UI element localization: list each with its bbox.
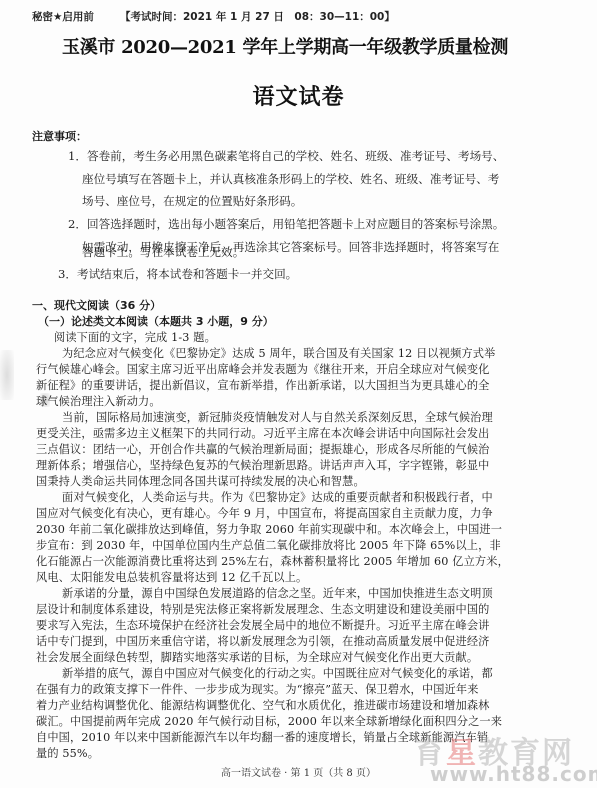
watermark-url: www.ht88.com <box>430 762 597 786</box>
passage-line: 新征程》的重要讲话，提出新倡议，宣布新举措，作出新承诺，以大国担当为更具雄心的全 <box>36 377 490 393</box>
notice-line: 场号、座位号，在规定的位置贴好条形码。 <box>82 193 302 209</box>
passage-line: 在强有力的政策支撑下一件件、一步步成为现实。为“擦亮”蓝天、保卫碧水，中国近年来 <box>36 681 479 697</box>
notice-line: 座位号填写在答题卡上，并认真核准条形码上的学校、姓名、班级、准考证号、考 <box>82 171 499 187</box>
exam-title: 玉溪市 2020—2021 学年上学期高一年级教学质量检测 <box>62 33 508 59</box>
secret-mark: 秘密★启用前 <box>32 9 94 24</box>
instruction: 阅读下面的文字，完成 1-3 题。 <box>54 329 216 345</box>
notice-line: 1．答卷前，考生务必用黑色碳素笔将自己的学校、姓名、班级、准考证号、考场号、 <box>68 148 504 164</box>
notice-line: 答题卡上。写在本试卷上无效。 <box>82 244 244 260</box>
exam-time: 【考试时间：2021 年 1 月 27 日 08：30—11：00】 <box>120 9 395 24</box>
passage-line: 行气候雄心峰会。国家主席习近平出席峰会并发表题为《继往开来，开启全球应对气候变化 <box>36 361 490 377</box>
passage-line: 当前，国际格局加速演变，新冠肺炎疫情触发对人与自然关系深刻反思，全球气候治理 <box>62 409 493 425</box>
exam-page: 秘密★启用前 【考试时间：2021 年 1 月 27 日 08：30—11：00… <box>0 0 597 788</box>
passage-line: 社会发展全面绿色转型，脚踏实地落实承诺的目标，为全球应对气候变化作出更大贡献。 <box>36 649 478 665</box>
watermark: 育星教育网 www.ht88.com <box>400 728 597 788</box>
passage-line: 面对气候变化，人类命运与共。作为《巴黎协定》达成的重要贡献者和积极践行者，中 <box>62 489 493 505</box>
passage-line: 国应对气候变化有决心，更有雄心。今年 9 月，中国宣布，将提高国家自主贡献力度，… <box>36 505 493 521</box>
passage-line: 2030 年前二氧化碳排放达到峰值，努力争取 2060 年前实现碳中和。本次峰会… <box>36 521 502 537</box>
passage-line: 球气候治理注入新动力。 <box>36 393 161 409</box>
scan-artifact <box>0 350 14 400</box>
passage-line: 三点倡议：团结一心，开创合作共赢的气候治理新局面；提振雄心，形成各尽所能的气候治 <box>36 441 490 457</box>
notice-line: 2．回答选择题时，选出每小题答案后，用铅笔把答题卡上对应题目的答案标号涂黑。 <box>68 216 504 232</box>
passage-line: 新承诺的分量，源自中国绿色发展道路的信念之坚。近年来，中国加快推进生态文明顶 <box>62 585 493 601</box>
passage-line: 化石能源占一次能源消费比重将达到 25%左右，森林蓄积量将比 2005 年增加 … <box>36 553 509 569</box>
notice-heading: 注意事项： <box>32 128 87 144</box>
passage-line: 风电、太阳能发电总装机容量将达到 12 亿千瓦以上。 <box>36 569 307 585</box>
passage-line: 国秉持人类命运共同体理念同各国共谋可持续发展的决心和智慧。 <box>36 473 365 489</box>
passage-line: 量的 55%。 <box>36 745 99 761</box>
passage-line: 理新体系；增强信心，坚持绿色复苏的气候治理新思路。讲话声声入耳，字字铿锵，彰显中 <box>36 457 490 473</box>
notice-line: 3．考试结束后，将本试卷和答题卡一并交回。 <box>58 266 297 282</box>
exam-subject-title: 语文试卷 <box>0 80 597 111</box>
passage-line: 着力产业结构调整优化、能源结构调整优化、空气和水质优化，推进碳市场建设和增加森林 <box>36 697 490 713</box>
passage-line: 为纪念应对气候变化《巴黎协定》达成 5 周年，联合国及有关国家 12 日以视频方… <box>62 345 495 361</box>
passage-line: 更受关注，亟需多边主义框架下的共同行动。习近平主席在本次峰会讲话中向国际社会发出 <box>36 425 490 441</box>
passage-line: 要求写入宪法，生态环境保护在经济社会发展全局中的地位不断提升。习近平主席在峰会讲 <box>36 617 490 633</box>
passage-line: 步宣布：到 2030 年，中国单位国内生产总值二氧化碳排放将比 2005 年下降… <box>36 537 501 553</box>
part-heading: 一、现代文阅读（36 分） <box>32 297 161 313</box>
passage-line: 层设计和制度体系建设，特别是宪法修正案将新发展理念、生态文明建设和建设美丽中国的 <box>36 601 490 617</box>
passage-line: 碳汇。中国提前两年完成 2020 年气候行动目标，2000 年以来全球新增绿化面… <box>36 713 502 729</box>
passage-line: 话中专门提到，中国历来重信守诺，将以新发展理念为引领，在推动高质量发展中促进经济 <box>36 633 490 649</box>
passage-line: 新举措的底气，源自中国应对气候变化的行动之实。中国既往应对气候变化的承诺，都 <box>62 665 493 681</box>
sub-heading: （一）论述类文本阅读（本题共 3 小题，9 分） <box>38 313 274 329</box>
